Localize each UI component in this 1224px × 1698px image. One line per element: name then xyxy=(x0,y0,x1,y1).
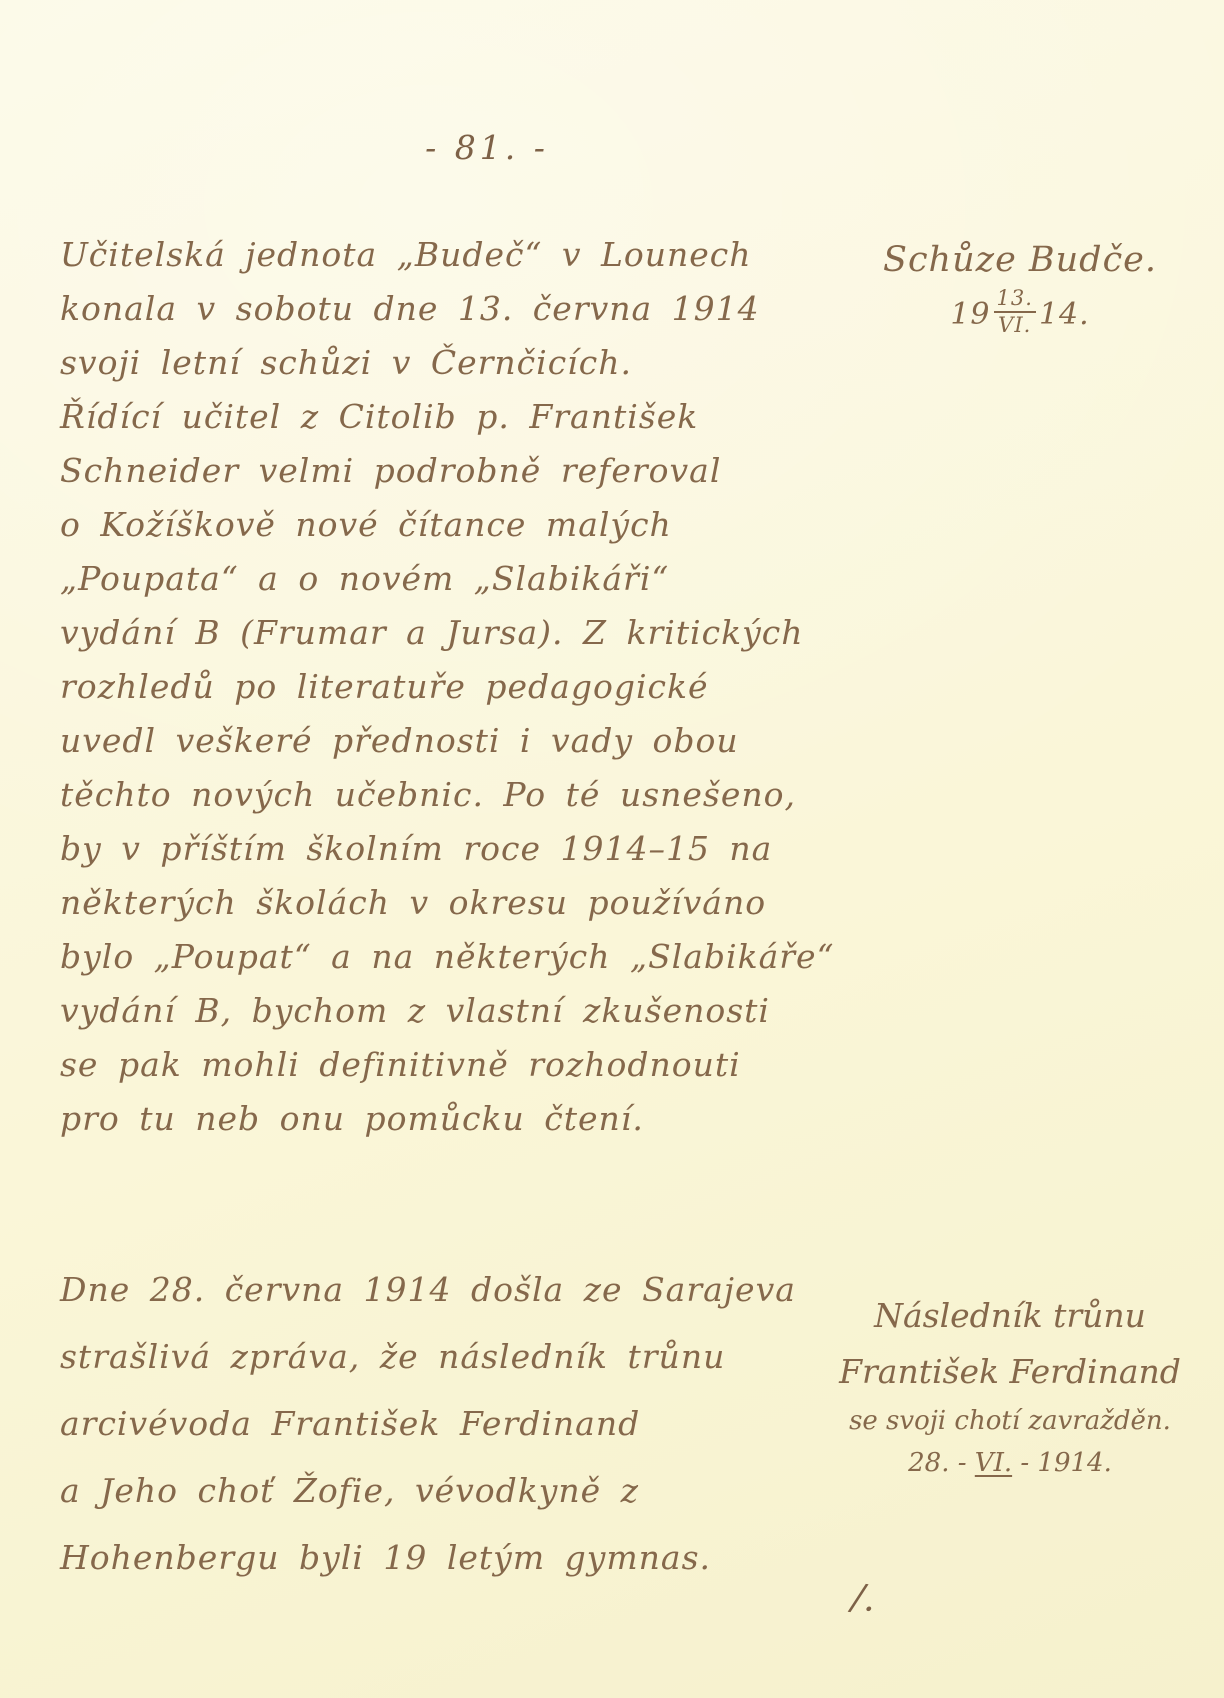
text-line: o Kožíškově nové čítance malých xyxy=(60,498,834,552)
text-line: arcivévoda František Ferdinand xyxy=(60,1390,796,1457)
text-line: vydání B, bychom z vlastní zkušenosti xyxy=(60,984,834,1038)
text-line: a Jeho choť Žofie, vévodkyně z xyxy=(60,1457,796,1524)
text-line: Schneider velmi podrobně referoval xyxy=(60,444,834,498)
text-line: některých školách v okresu používáno xyxy=(60,876,834,930)
text-line: by v příštím školním roce 1914–15 na xyxy=(60,822,834,876)
text-line: Učitelská jednota „Budeč“ v Lounech xyxy=(60,228,834,282)
date-month-roman: VI. xyxy=(975,1448,1012,1478)
date-month-roman: VI. xyxy=(994,313,1036,336)
date-fraction: 13.VI. xyxy=(994,288,1036,336)
text-line: uvedl veškeré přednosti i vady obou xyxy=(60,714,834,768)
margin-note-line: se svoji chotí zavražděn. xyxy=(796,1400,1224,1442)
text-line: „Poupata“ a o novém „Slabikáři“ xyxy=(60,552,834,606)
date-year: - 1914. xyxy=(1020,1448,1111,1478)
date-year-prefix: 19 xyxy=(950,297,990,332)
text-line: Dne 28. června 1914 došla ze Sarajeva xyxy=(60,1256,796,1323)
text-line: Hohenbergu byli 19 letým gymnas. xyxy=(60,1524,796,1591)
paragraph-sarajevo-news: Dne 28. června 1914 došla ze Sarajeva st… xyxy=(60,1256,796,1591)
text-line: bylo „Poupat“ a na některých „Slabikáře“ xyxy=(60,930,834,984)
date-day: 28. - xyxy=(908,1448,966,1478)
chronicle-page: - 81. - Učitelská jednota „Budeč“ v Loun… xyxy=(0,0,1224,1698)
date-day: 13. xyxy=(994,288,1036,313)
text-line: těchto nových učebnic. Po té usnešeno, xyxy=(60,768,834,822)
text-line: svoji letní schůzi v Černčicích. xyxy=(60,336,834,390)
margin-note-line: Následník trůnu xyxy=(796,1288,1224,1344)
text-line: se pak mohli definitivně rozhodnouti xyxy=(60,1038,834,1092)
text-line: Řídící učitel z Citolib p. František xyxy=(60,390,834,444)
page-number: - 81. - xyxy=(377,128,597,167)
continuation-mark: /. xyxy=(850,1577,878,1620)
text-line: konala v sobotu dne 13. června 1914 xyxy=(60,282,834,336)
margin-note-line: František Ferdinand xyxy=(796,1344,1224,1400)
margin-note-title: Schůze Budče. xyxy=(840,240,1200,280)
text-line: pro tu neb onu pomůcku čtení. xyxy=(60,1092,834,1146)
text-line: strašlivá zpráva, že následník trůnu xyxy=(60,1323,796,1390)
margin-note-ferdinand: Následník trůnu František Ferdinand se s… xyxy=(796,1288,1224,1484)
margin-note-date: 1913.VI.14. xyxy=(840,288,1200,336)
margin-note-budec: Schůze Budče. 1913.VI.14. xyxy=(840,240,1200,336)
paragraph-budec-meeting: Učitelská jednota „Budeč“ v Lounech kona… xyxy=(60,228,834,1146)
margin-note-date: 28. - VI. - 1914. xyxy=(796,1442,1224,1484)
text-line: rozhledů po literatuře pedagogické xyxy=(60,660,834,714)
text-line: vydání B (Frumar a Jursa). Z kritických xyxy=(60,606,834,660)
date-year-suffix: 14. xyxy=(1039,297,1090,332)
